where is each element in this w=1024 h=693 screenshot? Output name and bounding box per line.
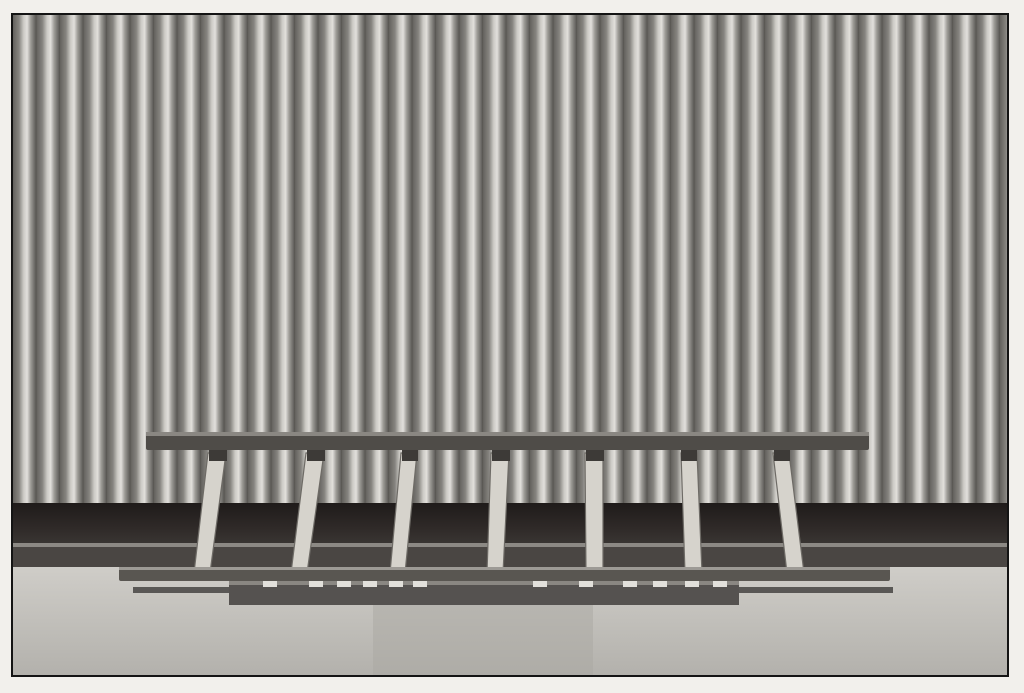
- striped-plank: [229, 581, 739, 605]
- photograph: [13, 15, 1007, 675]
- dark-plinth: [13, 503, 1007, 545]
- curb: [13, 543, 1007, 567]
- photo-print: [11, 13, 1009, 677]
